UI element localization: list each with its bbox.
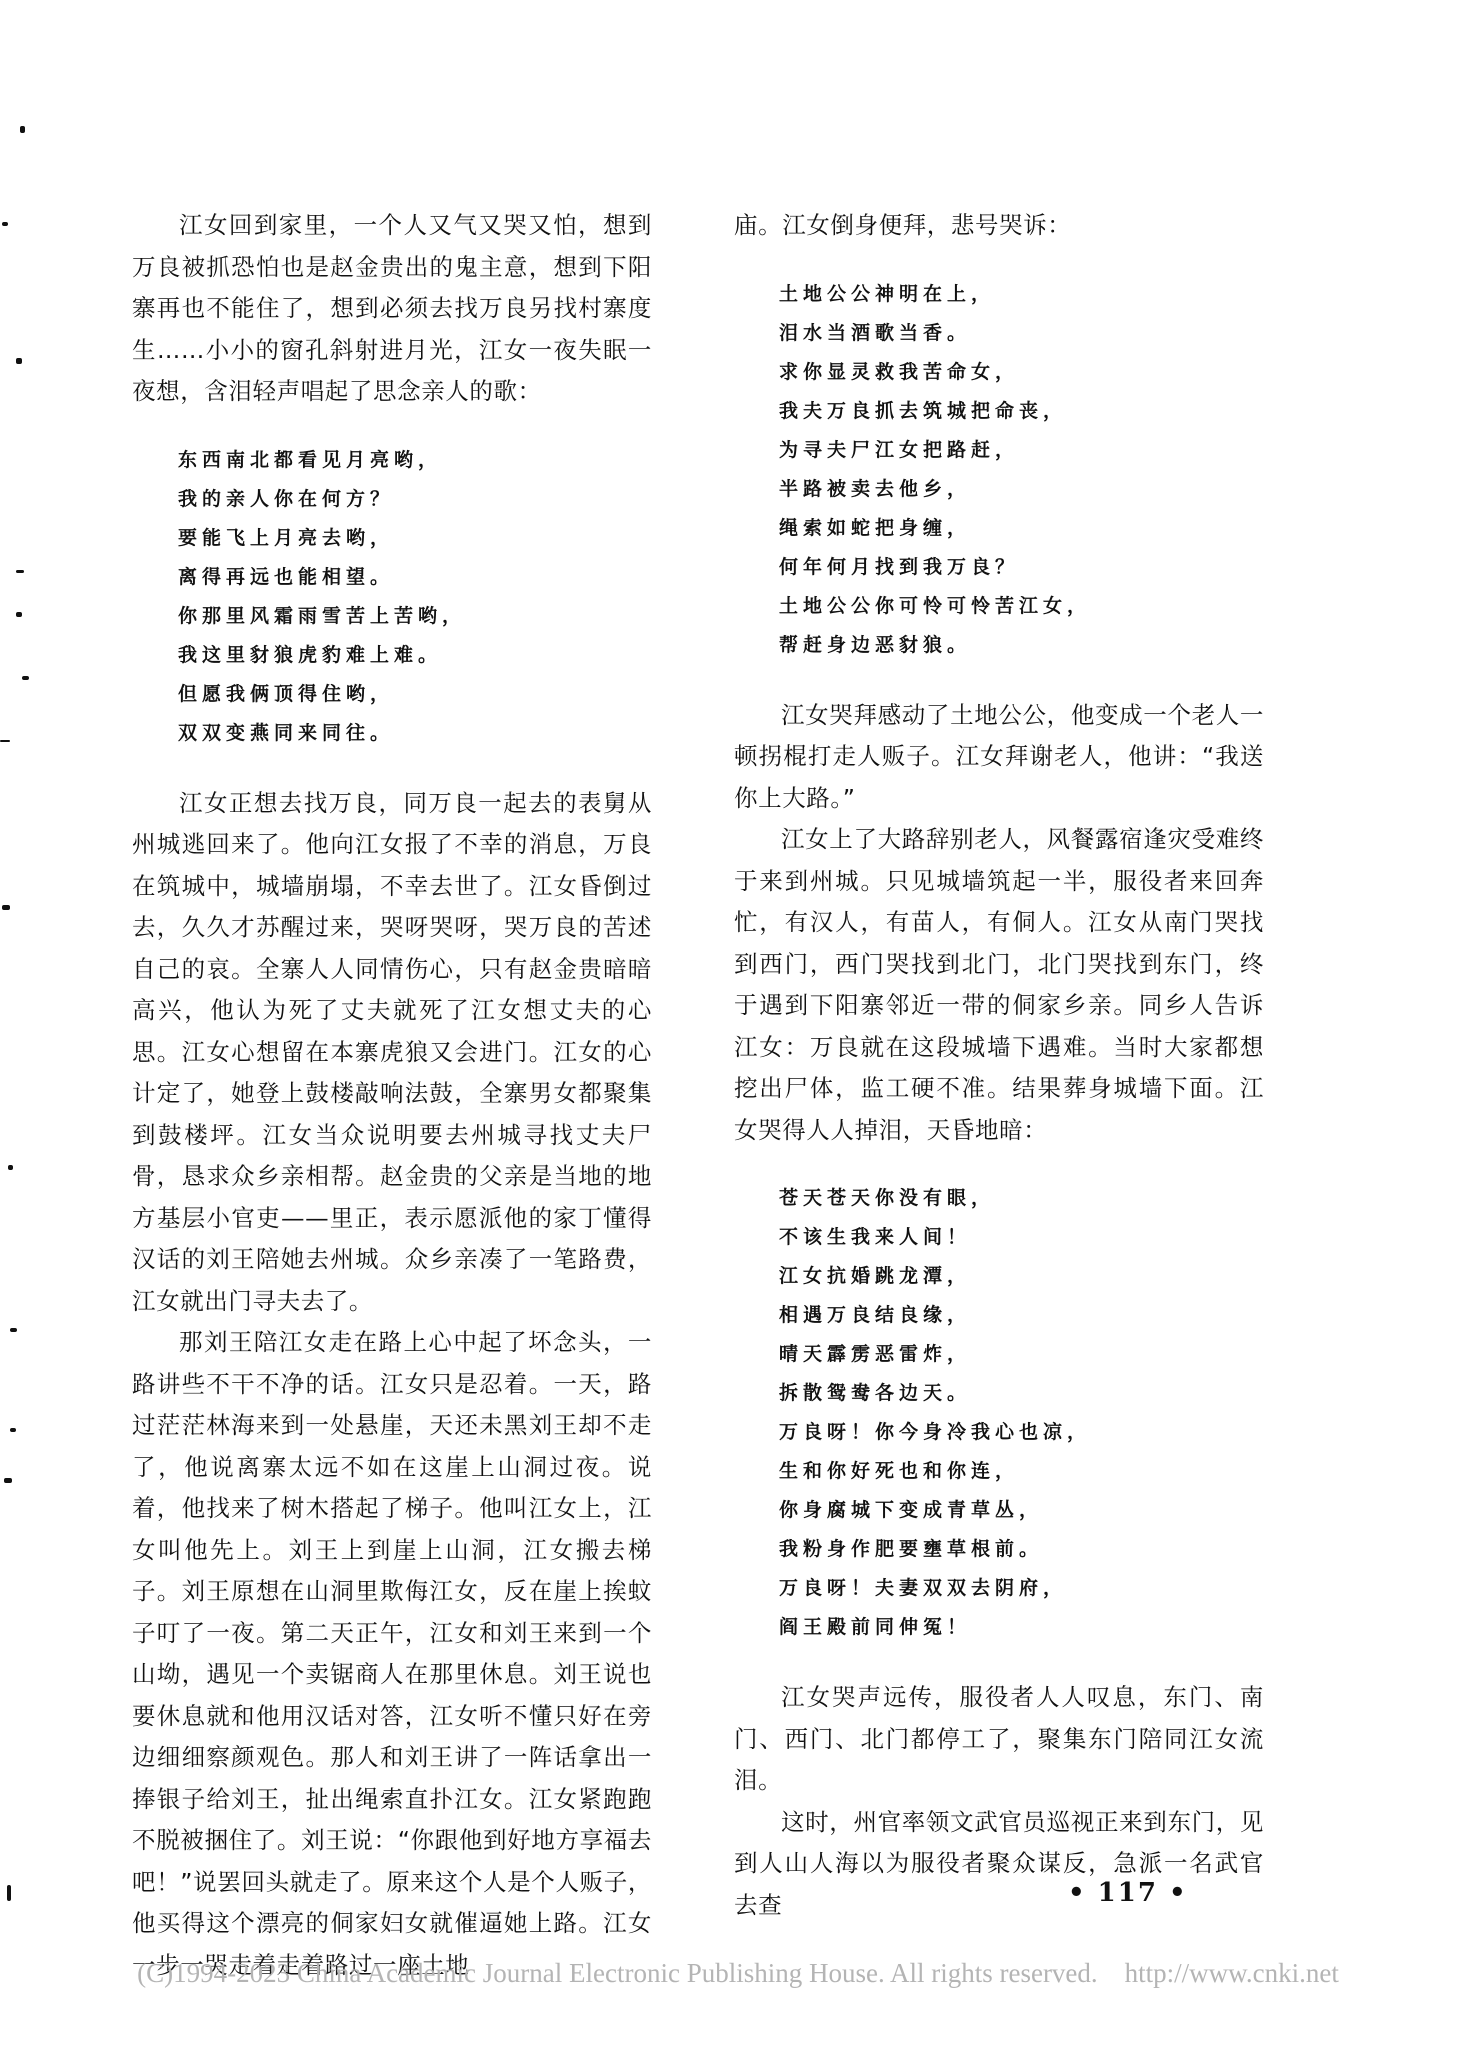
scan-mark — [16, 358, 22, 364]
paragraph: 江女哭声远传，服役者人人叹息，东门、南门、西门、北门都停工了，聚集东门陪同江女流… — [734, 1677, 1264, 1802]
right-column: 庙。江女倒身便拜，悲号哭诉： 土地公公神明在上， 泪水当酒歌当香。 求你显灵救我… — [734, 205, 1264, 1926]
song-line: 苍天苍天你没有眼， — [779, 1179, 1264, 1218]
song-line: 我夫万良抓去筑城把命丧， — [779, 392, 1264, 431]
song-line: 我的亲人你在何方？ — [178, 480, 652, 519]
scan-mark — [2, 905, 10, 910]
song-line: 绳索如蛇把身缠， — [779, 509, 1264, 548]
song-line: 我粉身作肥要壅草根前。 — [779, 1530, 1264, 1569]
song-line: 要能飞上月亮去哟， — [178, 519, 652, 558]
left-column: 江女回到家里，一个人又气又哭又怕，想到万良被抓恐怕也是赵金贵出的鬼主意，想到下阳… — [132, 205, 652, 1986]
song-line: 相遇万良结良缘， — [779, 1296, 1264, 1335]
song-verse: 苍天苍天你没有眼， 不该生我来人间！ 江女抗婚跳龙潭， 相遇万良结良缘， 晴天霹… — [734, 1179, 1264, 1647]
song-line: 万良呀！夫妻双双去阴府， — [779, 1569, 1264, 1608]
song-line: 你身腐城下变成青草丛， — [779, 1491, 1264, 1530]
song-line: 晴天霹雳恶雷炸， — [779, 1335, 1264, 1374]
copyright-footer: (C)1994-2023 China Academic Journal Elec… — [0, 1958, 1476, 1989]
song-verse: 东西南北都看见月亮哟， 我的亲人你在何方？ 要能飞上月亮去哟， 离得再远也能相望… — [132, 441, 652, 753]
song-line: 何年何月找到我万良？ — [779, 548, 1264, 587]
song-line: 江女抗婚跳龙潭， — [779, 1257, 1264, 1296]
song-line: 泪水当酒歌当香。 — [779, 314, 1264, 353]
song-line: 我这里豺狼虎豹难上难。 — [178, 636, 652, 675]
song-line: 但愿我俩顶得住哟， — [178, 675, 652, 714]
song-line: 土地公公你可怜可怜苦江女， — [779, 587, 1264, 626]
scan-mark — [16, 612, 22, 617]
song-line: 双双变燕同来同往。 — [178, 714, 652, 753]
scan-mark — [0, 740, 10, 742]
paragraph: 江女正想去找万良，同万良一起去的表舅从州城逃回来了。他向江女报了不幸的消息，万良… — [132, 783, 652, 1323]
song-line: 土地公公神明在上， — [779, 275, 1264, 314]
song-line: 万良呀！你今身冷我心也凉， — [779, 1413, 1264, 1452]
scan-mark — [4, 1478, 12, 1483]
song-line: 阎王殿前同伸冤！ — [779, 1608, 1264, 1647]
scan-mark — [10, 1328, 17, 1332]
song-line: 不该生我来人间！ — [779, 1218, 1264, 1257]
scan-mark — [7, 1885, 11, 1901]
paragraph: 那刘王陪江女走在路上心中起了坏念头，一路讲些不干不净的话。江女只是忍着。一天，路… — [132, 1322, 652, 1986]
scan-mark — [8, 1165, 13, 1170]
song-line: 生和你好死也和你连， — [779, 1452, 1264, 1491]
paragraph: 江女回到家里，一个人又气又哭又怕，想到万良被抓恐怕也是赵金贵出的鬼主意，想到下阳… — [132, 205, 652, 413]
scan-mark — [20, 126, 25, 133]
scan-mark — [2, 222, 8, 226]
song-line: 帮赶身边恶豺狼。 — [779, 626, 1264, 665]
song-line: 拆散鸳鸯各边天。 — [779, 1374, 1264, 1413]
paragraph-continued: 庙。江女倒身便拜，悲号哭诉： — [734, 205, 1264, 247]
song-verse: 土地公公神明在上， 泪水当酒歌当香。 求你显灵救我苦命女， 我夫万良抓去筑城把命… — [734, 275, 1264, 665]
paragraph: 江女哭拜感动了土地公公，他变成一个老人一顿拐棍打走人贩子。江女拜谢老人，他讲：“… — [734, 695, 1264, 820]
scan-mark — [16, 570, 24, 573]
song-line: 你那里风霜雨雪苦上苦哟， — [178, 597, 652, 636]
scan-mark — [22, 676, 29, 680]
song-line: 半路被卖去他乡， — [779, 470, 1264, 509]
song-line: 离得再远也能相望。 — [178, 558, 652, 597]
song-line: 东西南北都看见月亮哟， — [178, 441, 652, 480]
song-line: 求你显灵救我苦命女， — [779, 353, 1264, 392]
paragraph: 江女上了大路辞别老人，风餐露宿逢灾受难终于来到州城。只见城墙筑起一半，服役者来回… — [734, 819, 1264, 1151]
page-number: • 117 • — [1068, 1878, 1188, 1908]
song-line: 为寻夫尸江女把路赶， — [779, 431, 1264, 470]
scan-mark — [10, 1428, 16, 1432]
